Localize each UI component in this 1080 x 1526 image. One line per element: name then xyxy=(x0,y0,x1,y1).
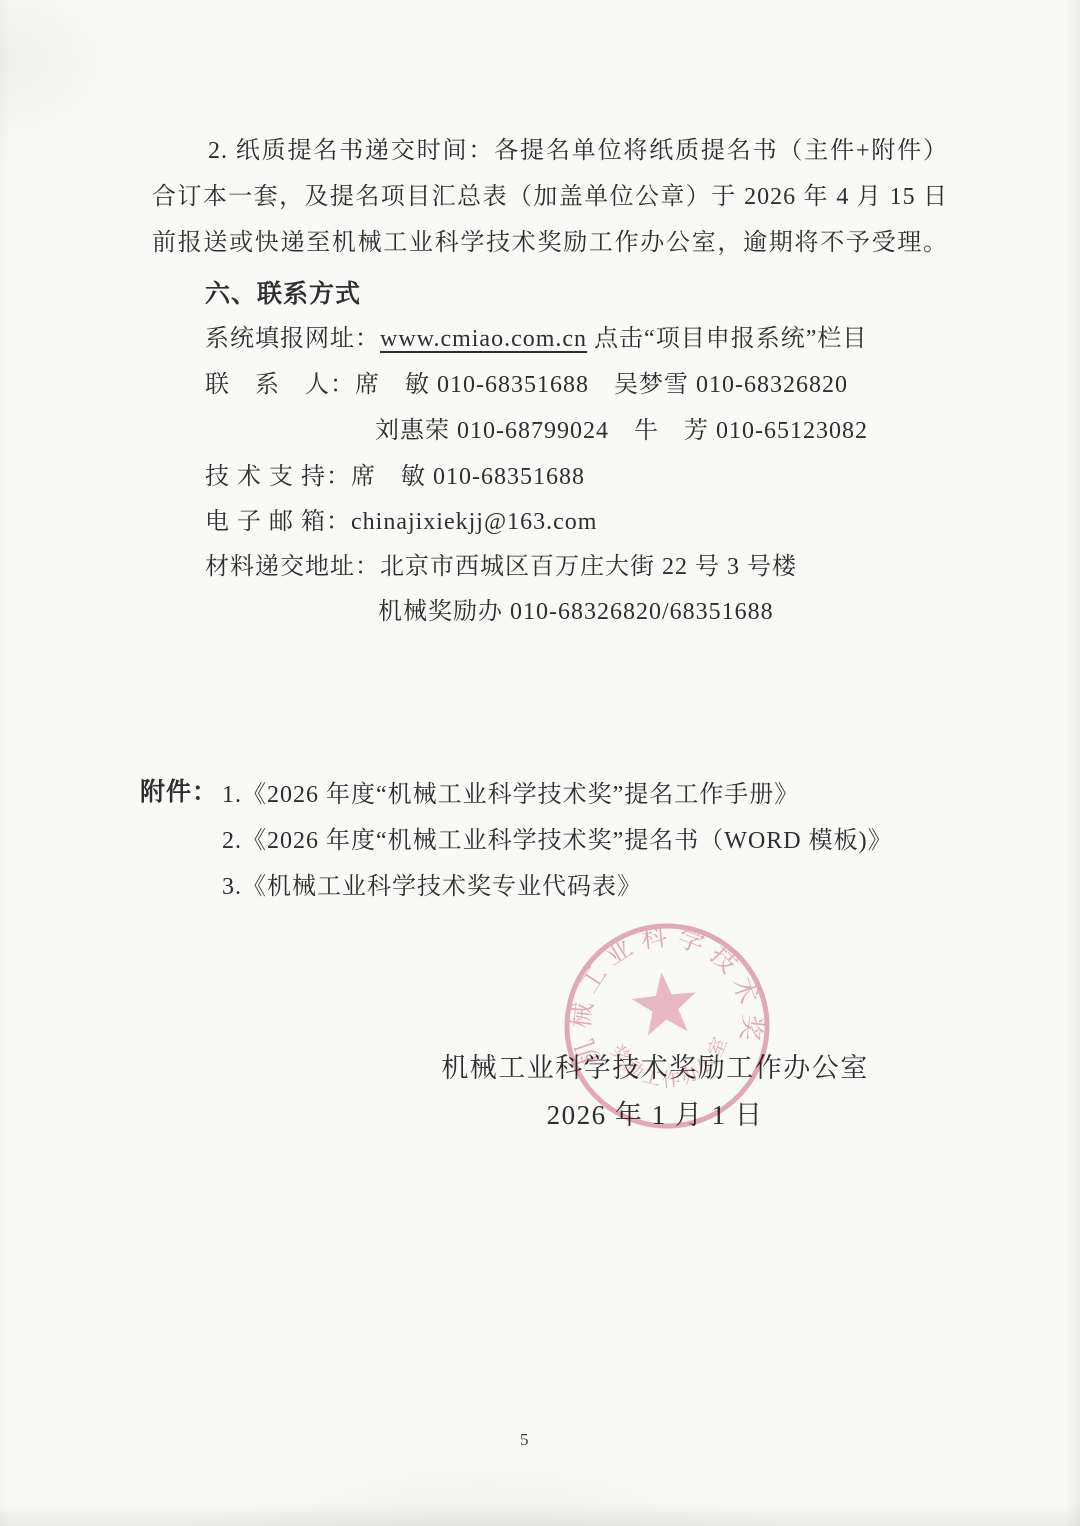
attachments-list: 1.《2026 年度“机械工业科学技术奖”提名工作手册》 2.《2026 年度“… xyxy=(222,772,893,910)
tech-support-line: 技 术 支 持：席 敏 010-68351688 xyxy=(205,460,585,494)
contact-persons-line-2: 刘惠荣 010-68799024 牛 芳 010-65123082 xyxy=(375,414,868,448)
attachment-item: 1.《2026 年度“机械工业科学技术奖”提名工作手册》 xyxy=(222,772,893,818)
page-number: 5 xyxy=(520,1430,529,1450)
email-address: chinajixiekjj@163.com xyxy=(351,509,597,535)
email-label: 电 子 邮 箱： xyxy=(205,509,351,535)
seal-graphic: 机械工业科学技术奖 奖励工作办公室 xyxy=(546,905,788,1147)
website-label: 系统填报网址： xyxy=(205,326,380,352)
paragraph-line: 2. 纸质提名书递交时间：各提名单位将纸质提名书（主件+附件） xyxy=(152,128,948,174)
attachment-item: 3.《机械工业科学技术奖专业代码表》 xyxy=(222,864,893,910)
website-url: www.cmiao.com.cn xyxy=(380,326,587,352)
website-suffix: 点击“项目申报系统”栏目 xyxy=(587,326,867,352)
paragraph-line: 合订本一套，及提名项目汇总表（加盖单位公章）于 2026 年 4 月 15 日 xyxy=(152,174,948,220)
svg-text:奖励工作办公室: 奖励工作办公室 xyxy=(604,1029,737,1097)
seal-ring-text-bottom: 奖励工作办公室 xyxy=(604,1029,737,1097)
scanned-document-page: 2. 纸质提名书递交时间：各提名单位将纸质提名书（主件+附件） 合订本一套，及提… xyxy=(0,0,1080,1526)
official-seal-stamp: 机械工业科学技术奖 奖励工作办公室 xyxy=(546,905,788,1147)
address-line: 材料递交地址：北京市西城区百万庄大街 22 号 3 号楼 xyxy=(205,550,797,584)
attachment-item: 2.《2026 年度“机械工业科学技术奖”提名书（WORD 模板)》 xyxy=(222,818,893,864)
address-line-2: 机械奖励办 010-68326820/68351688 xyxy=(378,595,774,629)
website-line: 系统填报网址：www.cmiao.com.cn 点击“项目申报系统”栏目 xyxy=(205,322,867,356)
paragraph-submission-deadline: 2. 纸质提名书递交时间：各提名单位将纸质提名书（主件+附件） 合订本一套，及提… xyxy=(152,128,948,266)
section-heading-contact: 六、联系方式 xyxy=(205,278,361,312)
seal-star-icon xyxy=(629,969,700,1037)
attachments-label: 附件： xyxy=(140,772,218,808)
contact-persons-line-1: 联 系 人：席 敏 010-68351688 吴梦雪 010-68326820 xyxy=(205,368,848,402)
email-line: 电 子 邮 箱：chinajixiekjj@163.com xyxy=(205,505,597,539)
paragraph-line: 前报送或快递至机械工业科学技术奖励工作办公室，逾期将不予受理。 xyxy=(152,220,948,266)
